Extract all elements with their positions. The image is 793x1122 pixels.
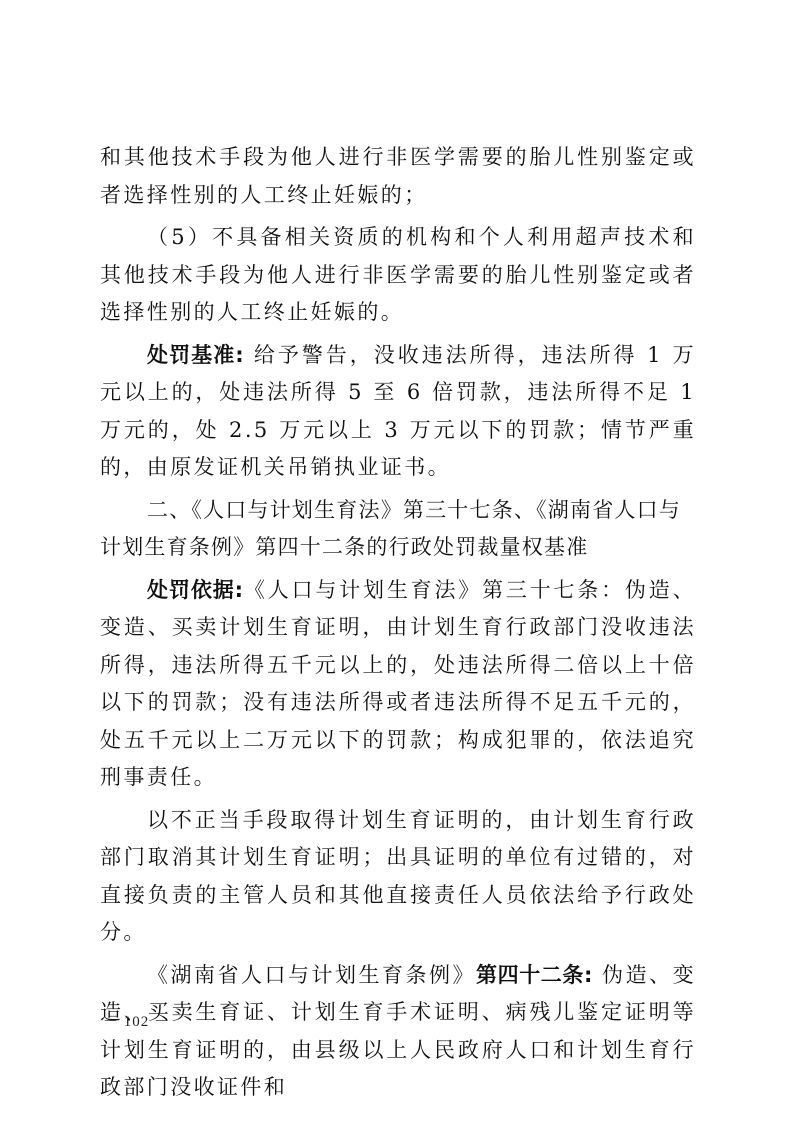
penalty-standard-label: 处罚基准: — [147, 343, 244, 367]
paragraph-item-5: （5）不具备相关资质的机构和个人利用超声技术和其他技术手段为他人进行非医学需要的… — [100, 219, 696, 332]
paragraph-penalty-basis: 处罚依据:《人口与计划生育法》第三十七条：伪造、变造、买卖计划生育证明，由计划生… — [100, 572, 696, 797]
paragraph-continuation: 和其他技术手段为他人进行非医学需要的胎儿性别鉴定或者选择性别的人工终止妊娠的； — [100, 139, 696, 214]
section-heading: 二、《人口与计划生育法》第三十七条、《湖南省人口与计划生育条例》第四十二条的行政… — [100, 492, 696, 567]
hunan-regulation-label: 第四十二条: — [476, 963, 593, 987]
paragraph-hunan-regulation: 《湖南省人口与计划生育条例》第四十二条: 伪造、变造、买卖生育证、计划生育手术证… — [100, 957, 696, 1107]
paragraph-improper-means: 以不正当手段取得计划生育证明的，由计划生育行政部门取消其计划生育证明；出具证明的… — [100, 802, 696, 952]
penalty-basis-label: 处罚依据: — [147, 578, 244, 602]
page-number: － 102 － — [103, 1010, 170, 1031]
document-page: 和其他技术手段为他人进行非医学需要的胎儿性别鉴定或者选择性别的人工终止妊娠的； … — [100, 139, 696, 1112]
hunan-regulation-prefix: 《湖南省人口与计划生育条例》 — [147, 963, 476, 987]
paragraph-penalty-standard: 处罚基准: 给予警告，没收违法所得，违法所得 1 万元以上的，处违法所得 5 至… — [100, 337, 696, 487]
penalty-basis-text: 《人口与计划生育法》第三十七条：伪造、变造、买卖计划生育证明，由计划生育行政部门… — [100, 578, 696, 790]
